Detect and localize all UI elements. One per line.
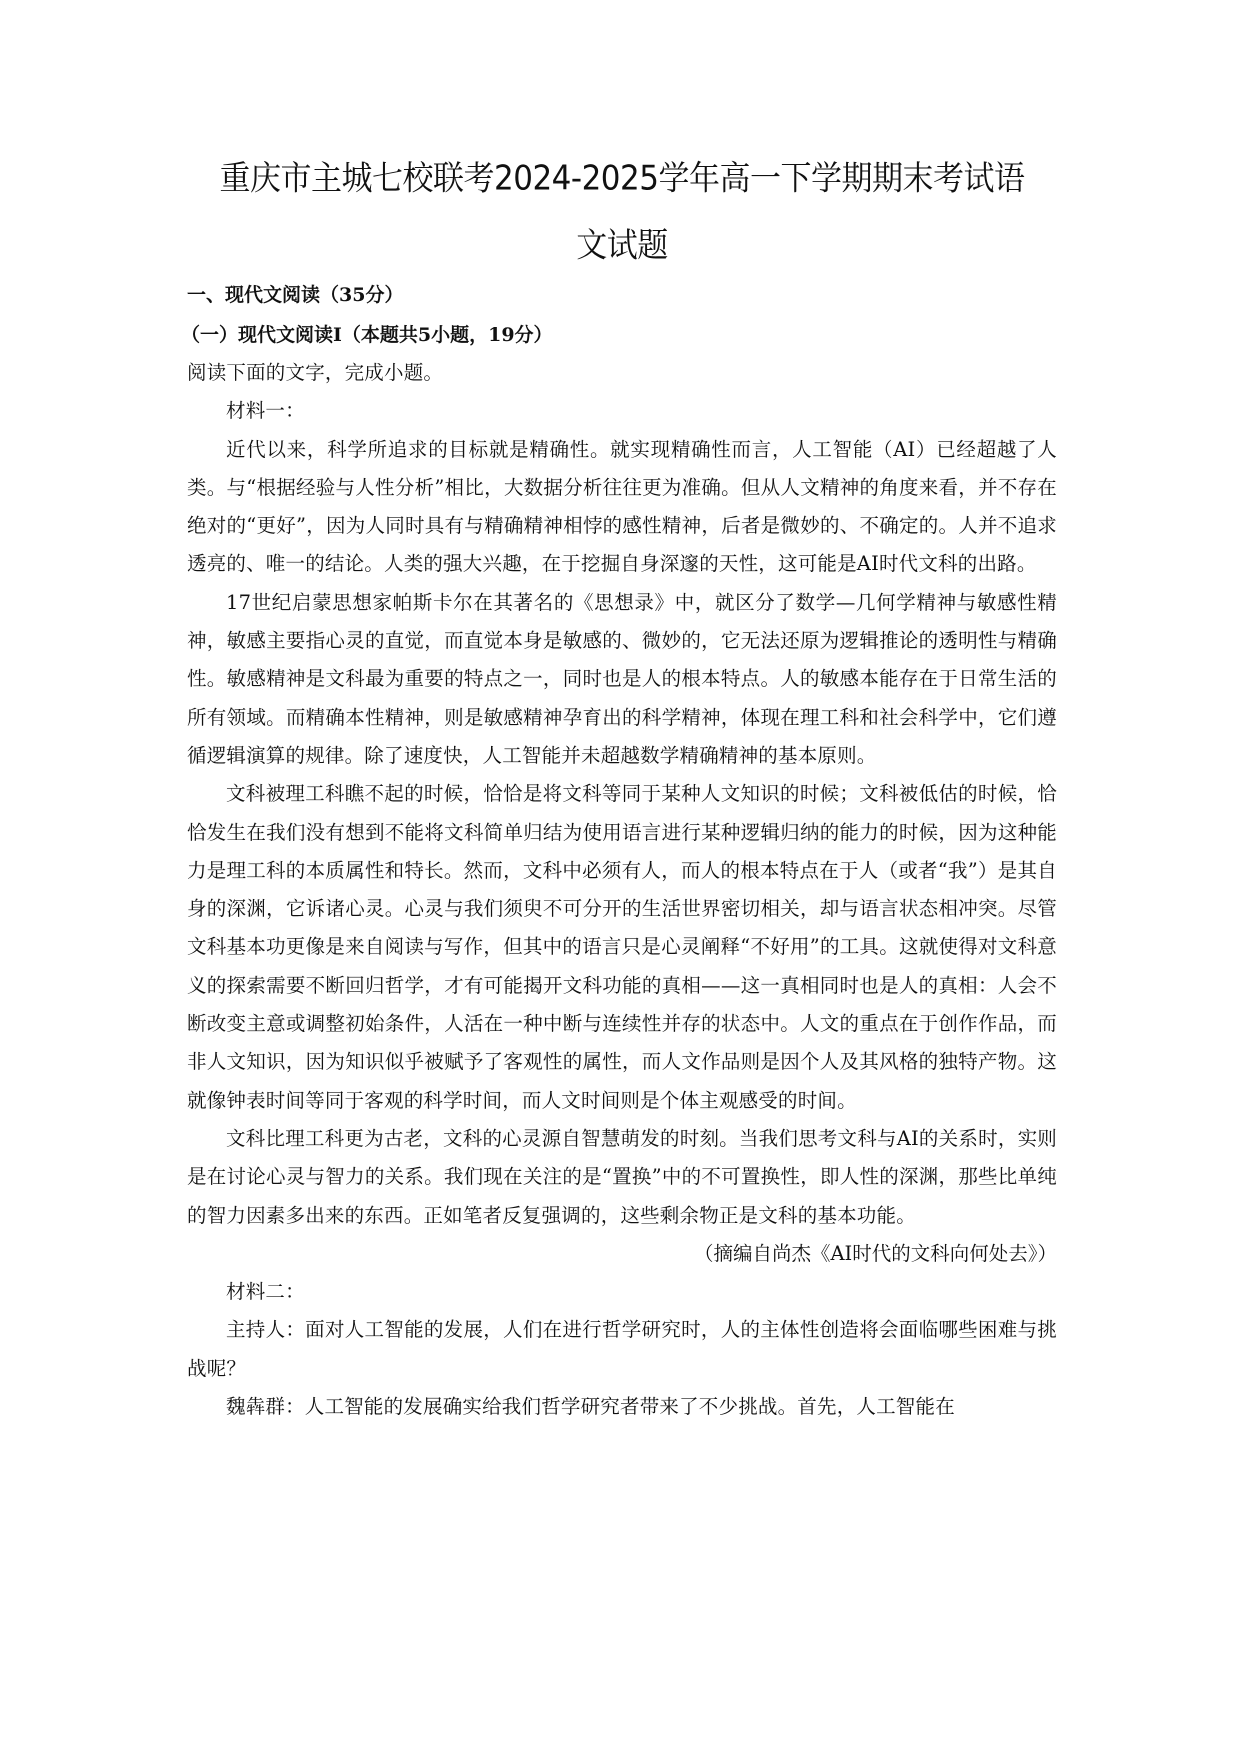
material-2-paragraph: 魏犇群：人工智能的发展确实给我们哲学研究者带来了不少挑战。首先，人工智能在 (187, 1388, 1057, 1426)
exam-page: 重庆市主城七校联考2024-2025学年高一下学期期末考试语 文试题 一、现代文… (187, 150, 1057, 1426)
material-2-paragraph: 主持人：面对人工智能的发展，人们在进行哲学研究时，人的主体性创造将会面临哪些困难… (187, 1311, 1057, 1388)
material-1-paragraph: 近代以来，科学所追求的目标就是精确性。就实现精确性而言，人工智能（AI）已经超越… (187, 431, 1057, 584)
material-1-label: 材料一： (187, 392, 1057, 430)
material-1-paragraph: 文科比理工科更为古老，文科的心灵源自智慧萌发的时刻。当我们思考文科与AI的关系时… (187, 1120, 1057, 1235)
subsection-heading: （一）现代文阅读Ⅰ（本题共5小题，19分） (181, 316, 1057, 354)
title-line-1: 重庆市主城七校联考2024-2025学年高一下学期期末考试语 (187, 145, 1057, 212)
instruction-text: 阅读下面的文字，完成小题。 (187, 354, 1057, 392)
page-title: 重庆市主城七校联考2024-2025学年高一下学期期末考试语 文试题 (187, 145, 1057, 279)
title-line-2: 文试题 (187, 212, 1057, 279)
material-1-source: （摘编自尚杰《AI时代的文科向何处去》） (187, 1235, 1057, 1273)
material-2-label: 材料二： (187, 1273, 1057, 1311)
section-heading: 一、现代文阅读（35分） (187, 276, 1057, 314)
material-1-paragraph: 文科被理工科瞧不起的时候，恰恰是将文科等同于某种人文知识的时候；文科被低估的时候… (187, 775, 1057, 1120)
material-1-paragraph: 17世纪启蒙思想家帕斯卡尔在其著名的《思想录》中，就区分了数学—几何学精神与敏感… (187, 584, 1057, 775)
